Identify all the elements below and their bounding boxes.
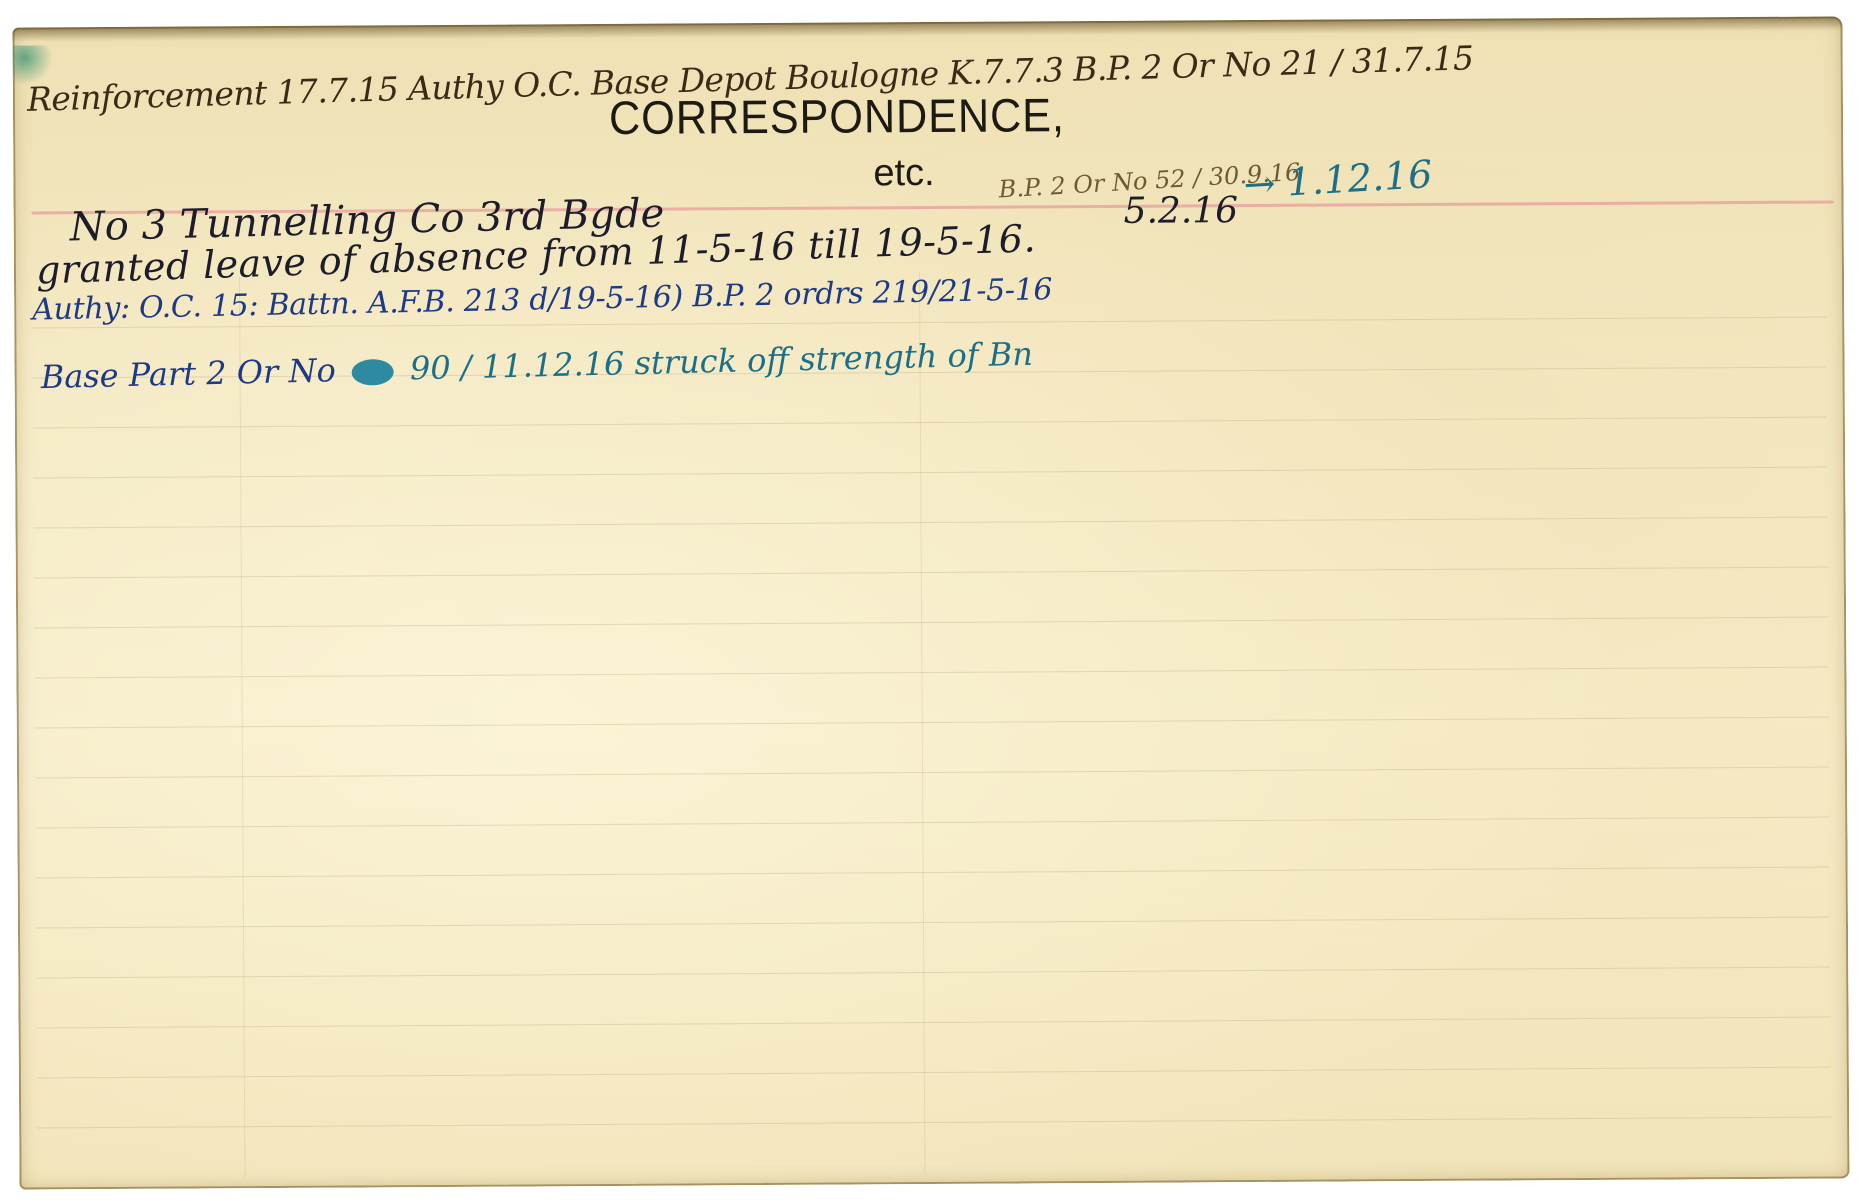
ruled-line (34, 567, 1828, 579)
ruled-line (35, 767, 1829, 779)
ruled-line (33, 467, 1827, 479)
handwritten-line-base-part: Base Part 2 Or No 90 / 11.12.16 struck o… (40, 335, 1033, 396)
ruled-line (36, 917, 1830, 929)
ruled-line (34, 517, 1828, 529)
struck-off-entry: 90 / 11.12.16 struck off strength of Bn (410, 335, 1034, 388)
ruled-line (36, 967, 1830, 979)
ink-blot (352, 358, 395, 385)
ruled-line (35, 717, 1829, 729)
record-card: CORRESPONDENCE, etc. Reinforcement 17.7.… (12, 16, 1849, 1189)
printed-subheading: etc. (873, 152, 935, 195)
ruled-line (36, 867, 1830, 879)
ruled-line (35, 817, 1829, 829)
ruled-line (34, 667, 1828, 679)
card-top-edge (12, 16, 1842, 41)
ruled-line (37, 1117, 1831, 1129)
ruled-line (33, 417, 1827, 429)
ruled-line (37, 1017, 1831, 1029)
ruled-line (37, 1067, 1831, 1079)
ruled-line (34, 617, 1828, 629)
handwritten-date-unit: 5.2.16 (1123, 190, 1238, 232)
base-part-label: Base Part 2 Or No (40, 351, 336, 396)
